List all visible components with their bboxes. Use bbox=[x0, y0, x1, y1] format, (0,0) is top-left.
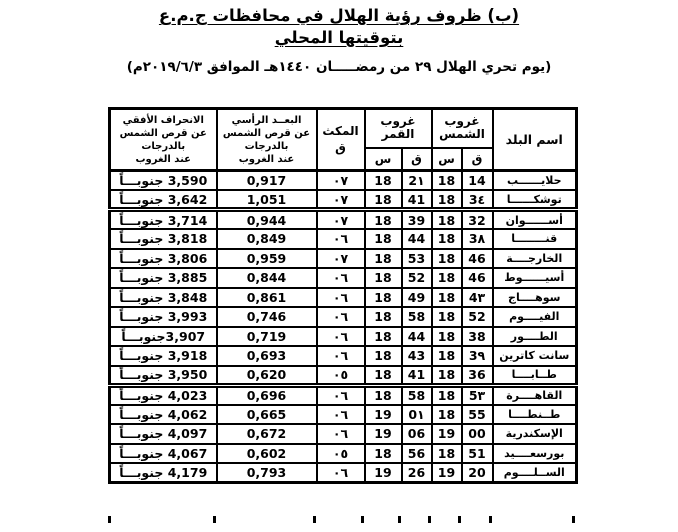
vertical-distance-cell: 0,693 bbox=[217, 346, 317, 366]
lag-minutes-cell: ٠٦ bbox=[317, 327, 365, 347]
sunset-minute-cell: 46 bbox=[462, 268, 493, 288]
vertical-distance-cell: 0,696 bbox=[217, 385, 317, 405]
table-row: توشكــــــا3٤184118٠٧1,0513,642 جنوبـــا… bbox=[110, 190, 577, 210]
moonset-hour-cell: 18 bbox=[365, 307, 402, 327]
city-name-cell: توشكــــــا bbox=[493, 190, 577, 210]
column-stub bbox=[489, 516, 492, 523]
header-moonset-hours: س bbox=[365, 148, 402, 171]
lag-minutes-cell: ٠٦ bbox=[317, 307, 365, 327]
header-horizontal-line2: عن قرص الشمس bbox=[111, 127, 216, 140]
column-stub bbox=[572, 516, 575, 523]
horizontal-deviation-cell: 3,848 جنوبـــاً bbox=[110, 288, 217, 308]
moonset-hour-cell: 18 bbox=[365, 229, 402, 249]
lag-minutes-cell: ٠٥ bbox=[317, 366, 365, 386]
table-row: الســلــــوم20192619٠٦0,7934,179 جنوبـــ… bbox=[110, 463, 577, 483]
horizontal-deviation-cell: 4,062 جنوبـــاً bbox=[110, 405, 217, 425]
sunset-minute-cell: 20 bbox=[462, 463, 493, 483]
table-row: أســــــوان32183918٠٧0,9443,714 جنوبـــا… bbox=[110, 210, 577, 230]
sunset-hour-cell: 18 bbox=[432, 327, 462, 347]
horizontal-deviation-cell: 3,885 جنوبـــاً bbox=[110, 268, 217, 288]
lag-minutes-cell: ٠٦ bbox=[317, 229, 365, 249]
document-title-line2: بتوقيتها المحلي bbox=[0, 27, 678, 49]
moonset-hour-cell: 18 bbox=[365, 171, 402, 191]
lag-minutes-cell: ٠٧ bbox=[317, 210, 365, 230]
moonset-minute-cell: 43 bbox=[402, 346, 432, 366]
header-moonset-minutes: ق bbox=[402, 148, 432, 171]
moonset-hour-cell: 18 bbox=[365, 346, 402, 366]
lag-minutes-cell: ٠٦ bbox=[317, 385, 365, 405]
table-row: الخارجــــة46185318٠٧0,9593,806 جنوبـــا… bbox=[110, 249, 577, 269]
horizontal-deviation-cell: 4,067 جنوبـــاً bbox=[110, 444, 217, 464]
vertical-distance-cell: 0,620 bbox=[217, 366, 317, 386]
horizontal-deviation-cell: 3,818 جنوبـــاً bbox=[110, 229, 217, 249]
sunset-minute-cell: 55 bbox=[462, 405, 493, 425]
vertical-distance-cell: 0,944 bbox=[217, 210, 317, 230]
city-name-cell: أسيــــــوط bbox=[493, 268, 577, 288]
vertical-distance-cell: 0,672 bbox=[217, 424, 317, 444]
table-body: حلايــــــب14182١18٠٧0,9173,590 جنوبـــا… bbox=[110, 171, 577, 483]
table-row: طــنطــــا55180١19٠٦0,6654,062 جنوبـــاً bbox=[110, 405, 577, 425]
city-name-cell: أســــــوان bbox=[493, 210, 577, 230]
sunset-hour-cell: 18 bbox=[432, 385, 462, 405]
column-stub bbox=[108, 516, 111, 523]
horizontal-deviation-cell: 4,179 جنوبـــاً bbox=[110, 463, 217, 483]
header-city: اسم البلد bbox=[493, 109, 577, 171]
horizontal-deviation-cell: 3,714 جنوبـــاً bbox=[110, 210, 217, 230]
sunset-minute-cell: 32 bbox=[462, 210, 493, 230]
header-lag-line1: المكث bbox=[318, 123, 364, 139]
moonset-hour-cell: 18 bbox=[365, 288, 402, 308]
header-horizontal-deviation: الانحراف الأفقي عن قرص الشمس بالدرجات عن… bbox=[110, 109, 217, 171]
column-stub bbox=[428, 516, 431, 523]
header-row-groups: اسم البلد غروب الشمس غروب القمر المكث ق … bbox=[110, 109, 577, 148]
vertical-distance-cell: 1,051 bbox=[217, 190, 317, 210]
moonset-hour-cell: 18 bbox=[365, 249, 402, 269]
table-bottom-stubs bbox=[108, 516, 575, 523]
column-stub bbox=[213, 516, 216, 523]
moonset-minute-cell: 44 bbox=[402, 327, 432, 347]
city-name-cell: طــابــــا bbox=[493, 366, 577, 386]
sunset-hour-cell: 18 bbox=[432, 346, 462, 366]
vertical-distance-cell: 0,861 bbox=[217, 288, 317, 308]
sunset-minute-cell: 36 bbox=[462, 366, 493, 386]
header-vertical-line1: البعــد الرأسي bbox=[218, 114, 316, 127]
moonset-minute-cell: 52 bbox=[402, 268, 432, 288]
sunset-minute-cell: 3٨ bbox=[462, 229, 493, 249]
lag-minutes-cell: ٠٦ bbox=[317, 288, 365, 308]
lag-minutes-cell: ٠٧ bbox=[317, 249, 365, 269]
header-vertical-distance: البعــد الرأسي عن قرص الشمس بالدرجات عند… bbox=[217, 109, 317, 171]
sunset-minute-cell: 00 bbox=[462, 424, 493, 444]
city-name-cell: الفيــــوم bbox=[493, 307, 577, 327]
city-name-cell: الطــــور bbox=[493, 327, 577, 347]
city-name-cell: الســلــــوم bbox=[493, 463, 577, 483]
city-name-cell: طــنطــــا bbox=[493, 405, 577, 425]
title-block: (ب) ظروف رؤية الهلال في محافظات ج.م.ع بت… bbox=[0, 0, 678, 75]
moonset-minute-cell: 41 bbox=[402, 366, 432, 386]
city-name-cell: الإسكندرية bbox=[493, 424, 577, 444]
document-date-line: (يوم تحري الهلال ٢٩ من رمضـــــان ١٤٤٠هـ… bbox=[0, 59, 678, 75]
lag-minutes-cell: ٠٧ bbox=[317, 171, 365, 191]
table-row: بورسعــــيد51185618٠٥0,6024,067 جنوبـــا… bbox=[110, 444, 577, 464]
lag-minutes-cell: ٠٦ bbox=[317, 424, 365, 444]
sunset-hour-cell: 19 bbox=[432, 424, 462, 444]
column-stub bbox=[398, 516, 401, 523]
city-name-cell: القاهــــرة bbox=[493, 385, 577, 405]
moonset-hour-cell: 18 bbox=[365, 366, 402, 386]
vertical-distance-cell: 0,793 bbox=[217, 463, 317, 483]
table-row: الفيــــوم52185818٠٦0,7463,993 جنوبـــاً bbox=[110, 307, 577, 327]
horizontal-deviation-cell: 3,642 جنوبـــاً bbox=[110, 190, 217, 210]
horizontal-deviation-cell: 3,806 جنوبـــاً bbox=[110, 249, 217, 269]
sunset-hour-cell: 18 bbox=[432, 190, 462, 210]
moonset-minute-cell: 06 bbox=[402, 424, 432, 444]
header-sunset-minutes: ق bbox=[462, 148, 493, 171]
vertical-distance-cell: 0,849 bbox=[217, 229, 317, 249]
horizontal-deviation-cell: 4,023 جنوبـــاً bbox=[110, 385, 217, 405]
sunset-minute-cell: 3٤ bbox=[462, 190, 493, 210]
moonset-minute-cell: 49 bbox=[402, 288, 432, 308]
header-horizontal-line3: بالدرجات bbox=[111, 140, 216, 153]
column-stub bbox=[313, 516, 316, 523]
moonset-hour-cell: 19 bbox=[365, 405, 402, 425]
moonset-minute-cell: 53 bbox=[402, 249, 432, 269]
moonset-minute-cell: 58 bbox=[402, 307, 432, 327]
header-sunset: غروب الشمس bbox=[432, 109, 493, 148]
header-vertical-line2: عن قرص الشمس bbox=[218, 127, 316, 140]
table-row: القاهــــرة5٣185818٠٦0,6964,023 جنوبـــا… bbox=[110, 385, 577, 405]
header-sunset-hours: س bbox=[432, 148, 462, 171]
header-horizontal-line4: عند الغروب bbox=[111, 153, 216, 166]
moonset-minute-cell: 39 bbox=[402, 210, 432, 230]
sunset-minute-cell: 14 bbox=[462, 171, 493, 191]
sunset-hour-cell: 18 bbox=[432, 307, 462, 327]
sunset-hour-cell: 18 bbox=[432, 288, 462, 308]
moonset-hour-cell: 19 bbox=[365, 424, 402, 444]
document-title: (ب) ظروف رؤية الهلال في محافظات ج.م.ع bbox=[0, 5, 678, 27]
sunset-hour-cell: 18 bbox=[432, 249, 462, 269]
table-row: سانت كاترين3٩184318٠٦0,6933,918 جنوبـــا… bbox=[110, 346, 577, 366]
header-vertical-line4: عند الغروب bbox=[218, 153, 316, 166]
header-sunset-line2: الشمس bbox=[433, 128, 492, 141]
moonset-minute-cell: 58 bbox=[402, 385, 432, 405]
sunset-hour-cell: 18 bbox=[432, 210, 462, 230]
moonset-hour-cell: 19 bbox=[365, 463, 402, 483]
moon-visibility-table: اسم البلد غروب الشمس غروب القمر المكث ق … bbox=[108, 107, 578, 484]
sunset-minute-cell: 51 bbox=[462, 444, 493, 464]
table-row: الإسكندرية00190619٠٦0,6724,097 جنوبـــاً bbox=[110, 424, 577, 444]
sunset-minute-cell: 38 bbox=[462, 327, 493, 347]
column-stub bbox=[361, 516, 364, 523]
lag-minutes-cell: ٠٥ bbox=[317, 444, 365, 464]
sunset-hour-cell: 18 bbox=[432, 229, 462, 249]
moonset-hour-cell: 18 bbox=[365, 385, 402, 405]
sunset-hour-cell: 18 bbox=[432, 366, 462, 386]
moonset-minute-cell: 56 bbox=[402, 444, 432, 464]
horizontal-deviation-cell: 3,918 جنوبـــاً bbox=[110, 346, 217, 366]
header-lag-minutes: المكث ق bbox=[317, 109, 365, 171]
header-sunset-line1: غروب bbox=[433, 115, 492, 128]
vertical-distance-cell: 0,602 bbox=[217, 444, 317, 464]
sunset-hour-cell: 19 bbox=[432, 463, 462, 483]
lag-minutes-cell: ٠٧ bbox=[317, 190, 365, 210]
lag-minutes-cell: ٠٦ bbox=[317, 268, 365, 288]
horizontal-deviation-cell: 3,950 جنوبـــاً bbox=[110, 366, 217, 386]
horizontal-deviation-cell: 3,907جنوبـــاً bbox=[110, 327, 217, 347]
moonset-hour-cell: 18 bbox=[365, 268, 402, 288]
header-vertical-line3: بالدرجات bbox=[218, 140, 316, 153]
horizontal-deviation-cell: 3,993 جنوبـــاً bbox=[110, 307, 217, 327]
lag-minutes-cell: ٠٦ bbox=[317, 405, 365, 425]
header-lag-line2: ق bbox=[318, 140, 364, 156]
table-row: طــابــــا36184118٠٥0,6203,950 جنوبـــاً bbox=[110, 366, 577, 386]
table-header: اسم البلد غروب الشمس غروب القمر المكث ق … bbox=[110, 109, 577, 171]
header-horizontal-line1: الانحراف الأفقي bbox=[111, 114, 216, 127]
moonset-hour-cell: 18 bbox=[365, 210, 402, 230]
vertical-distance-cell: 0,665 bbox=[217, 405, 317, 425]
lag-minutes-cell: ٠٦ bbox=[317, 463, 365, 483]
header-moonset: غروب القمر bbox=[365, 109, 432, 148]
sunset-minute-cell: 5٣ bbox=[462, 385, 493, 405]
vertical-distance-cell: 0,719 bbox=[217, 327, 317, 347]
table-row: حلايــــــب14182١18٠٧0,9173,590 جنوبـــا… bbox=[110, 171, 577, 191]
document-page: (ب) ظروف رؤية الهلال في محافظات ج.م.ع بت… bbox=[0, 0, 678, 532]
vertical-distance-cell: 0,844 bbox=[217, 268, 317, 288]
moonset-minute-cell: 26 bbox=[402, 463, 432, 483]
table-row: قنــــــــا3٨184418٠٦0,8493,818 جنوبـــا… bbox=[110, 229, 577, 249]
sunset-hour-cell: 18 bbox=[432, 444, 462, 464]
table-row: أسيــــــوط46185218٠٦0,8443,885 جنوبـــا… bbox=[110, 268, 577, 288]
moonset-minute-cell: 0١ bbox=[402, 405, 432, 425]
city-name-cell: سانت كاترين bbox=[493, 346, 577, 366]
moonset-hour-cell: 18 bbox=[365, 444, 402, 464]
sunset-hour-cell: 18 bbox=[432, 171, 462, 191]
header-moonset-line2: القمر bbox=[366, 128, 431, 141]
sunset-minute-cell: 3٩ bbox=[462, 346, 493, 366]
moonset-hour-cell: 18 bbox=[365, 190, 402, 210]
lag-minutes-cell: ٠٦ bbox=[317, 346, 365, 366]
table-row: الطــــور38184418٠٦0,7193,907جنوبـــاً bbox=[110, 327, 577, 347]
city-name-cell: بورسعــــيد bbox=[493, 444, 577, 464]
vertical-distance-cell: 0,959 bbox=[217, 249, 317, 269]
column-stub bbox=[458, 516, 461, 523]
header-moonset-line1: غروب bbox=[366, 115, 431, 128]
sunset-minute-cell: 46 bbox=[462, 249, 493, 269]
sunset-minute-cell: 4٣ bbox=[462, 288, 493, 308]
city-name-cell: الخارجــــة bbox=[493, 249, 577, 269]
sunset-minute-cell: 52 bbox=[462, 307, 493, 327]
table-row: سوهــــاج4٣184918٠٦0,8613,848 جنوبـــاً bbox=[110, 288, 577, 308]
city-name-cell: قنــــــــا bbox=[493, 229, 577, 249]
horizontal-deviation-cell: 3,590 جنوبـــاً bbox=[110, 171, 217, 191]
moonset-hour-cell: 18 bbox=[365, 327, 402, 347]
vertical-distance-cell: 0,917 bbox=[217, 171, 317, 191]
moonset-minute-cell: 41 bbox=[402, 190, 432, 210]
horizontal-deviation-cell: 4,097 جنوبـــاً bbox=[110, 424, 217, 444]
city-name-cell: حلايــــــب bbox=[493, 171, 577, 191]
vertical-distance-cell: 0,746 bbox=[217, 307, 317, 327]
sunset-hour-cell: 18 bbox=[432, 405, 462, 425]
moonset-minute-cell: 2١ bbox=[402, 171, 432, 191]
city-name-cell: سوهــــاج bbox=[493, 288, 577, 308]
sunset-hour-cell: 18 bbox=[432, 268, 462, 288]
moonset-minute-cell: 44 bbox=[402, 229, 432, 249]
